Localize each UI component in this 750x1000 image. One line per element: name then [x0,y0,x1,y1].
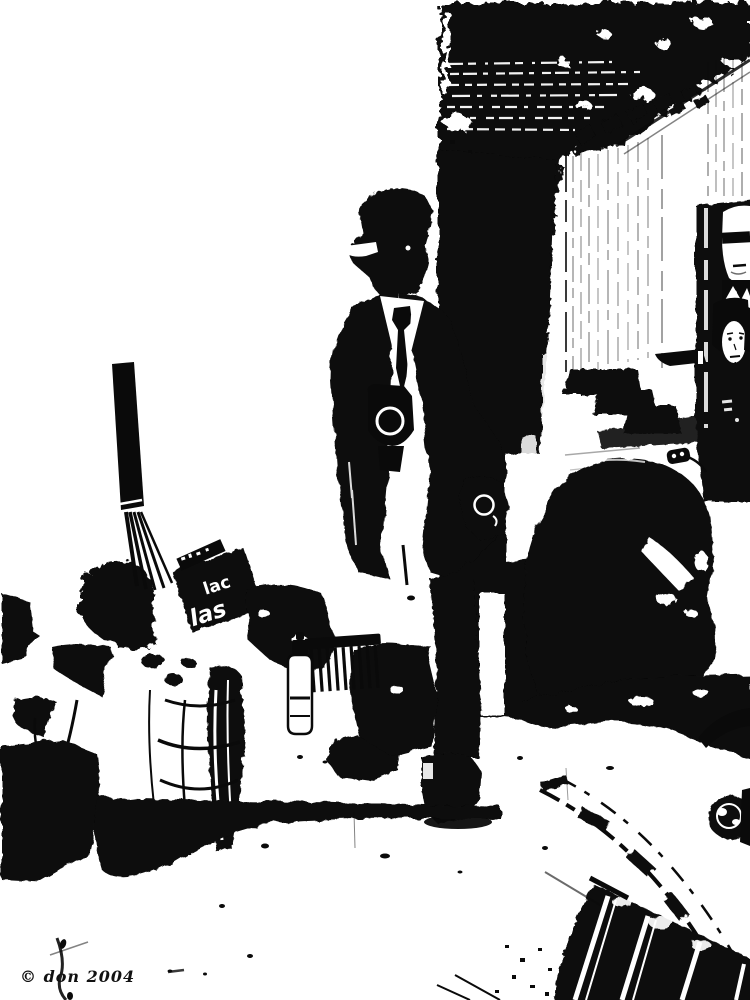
scene-svg: lac las [0,0,750,1000]
bystander-woman [710,298,750,500]
woman-body [710,362,750,500]
mouth-line [733,265,746,266]
right-leg [428,577,480,757]
photo-frame: lac las [0,0,750,1000]
ear-highlight [406,246,411,251]
bystander-man-face [722,206,750,314]
watermark-text: © don 2004 [20,967,135,986]
sunglasses [722,231,750,243]
bottle-cap [292,640,308,654]
